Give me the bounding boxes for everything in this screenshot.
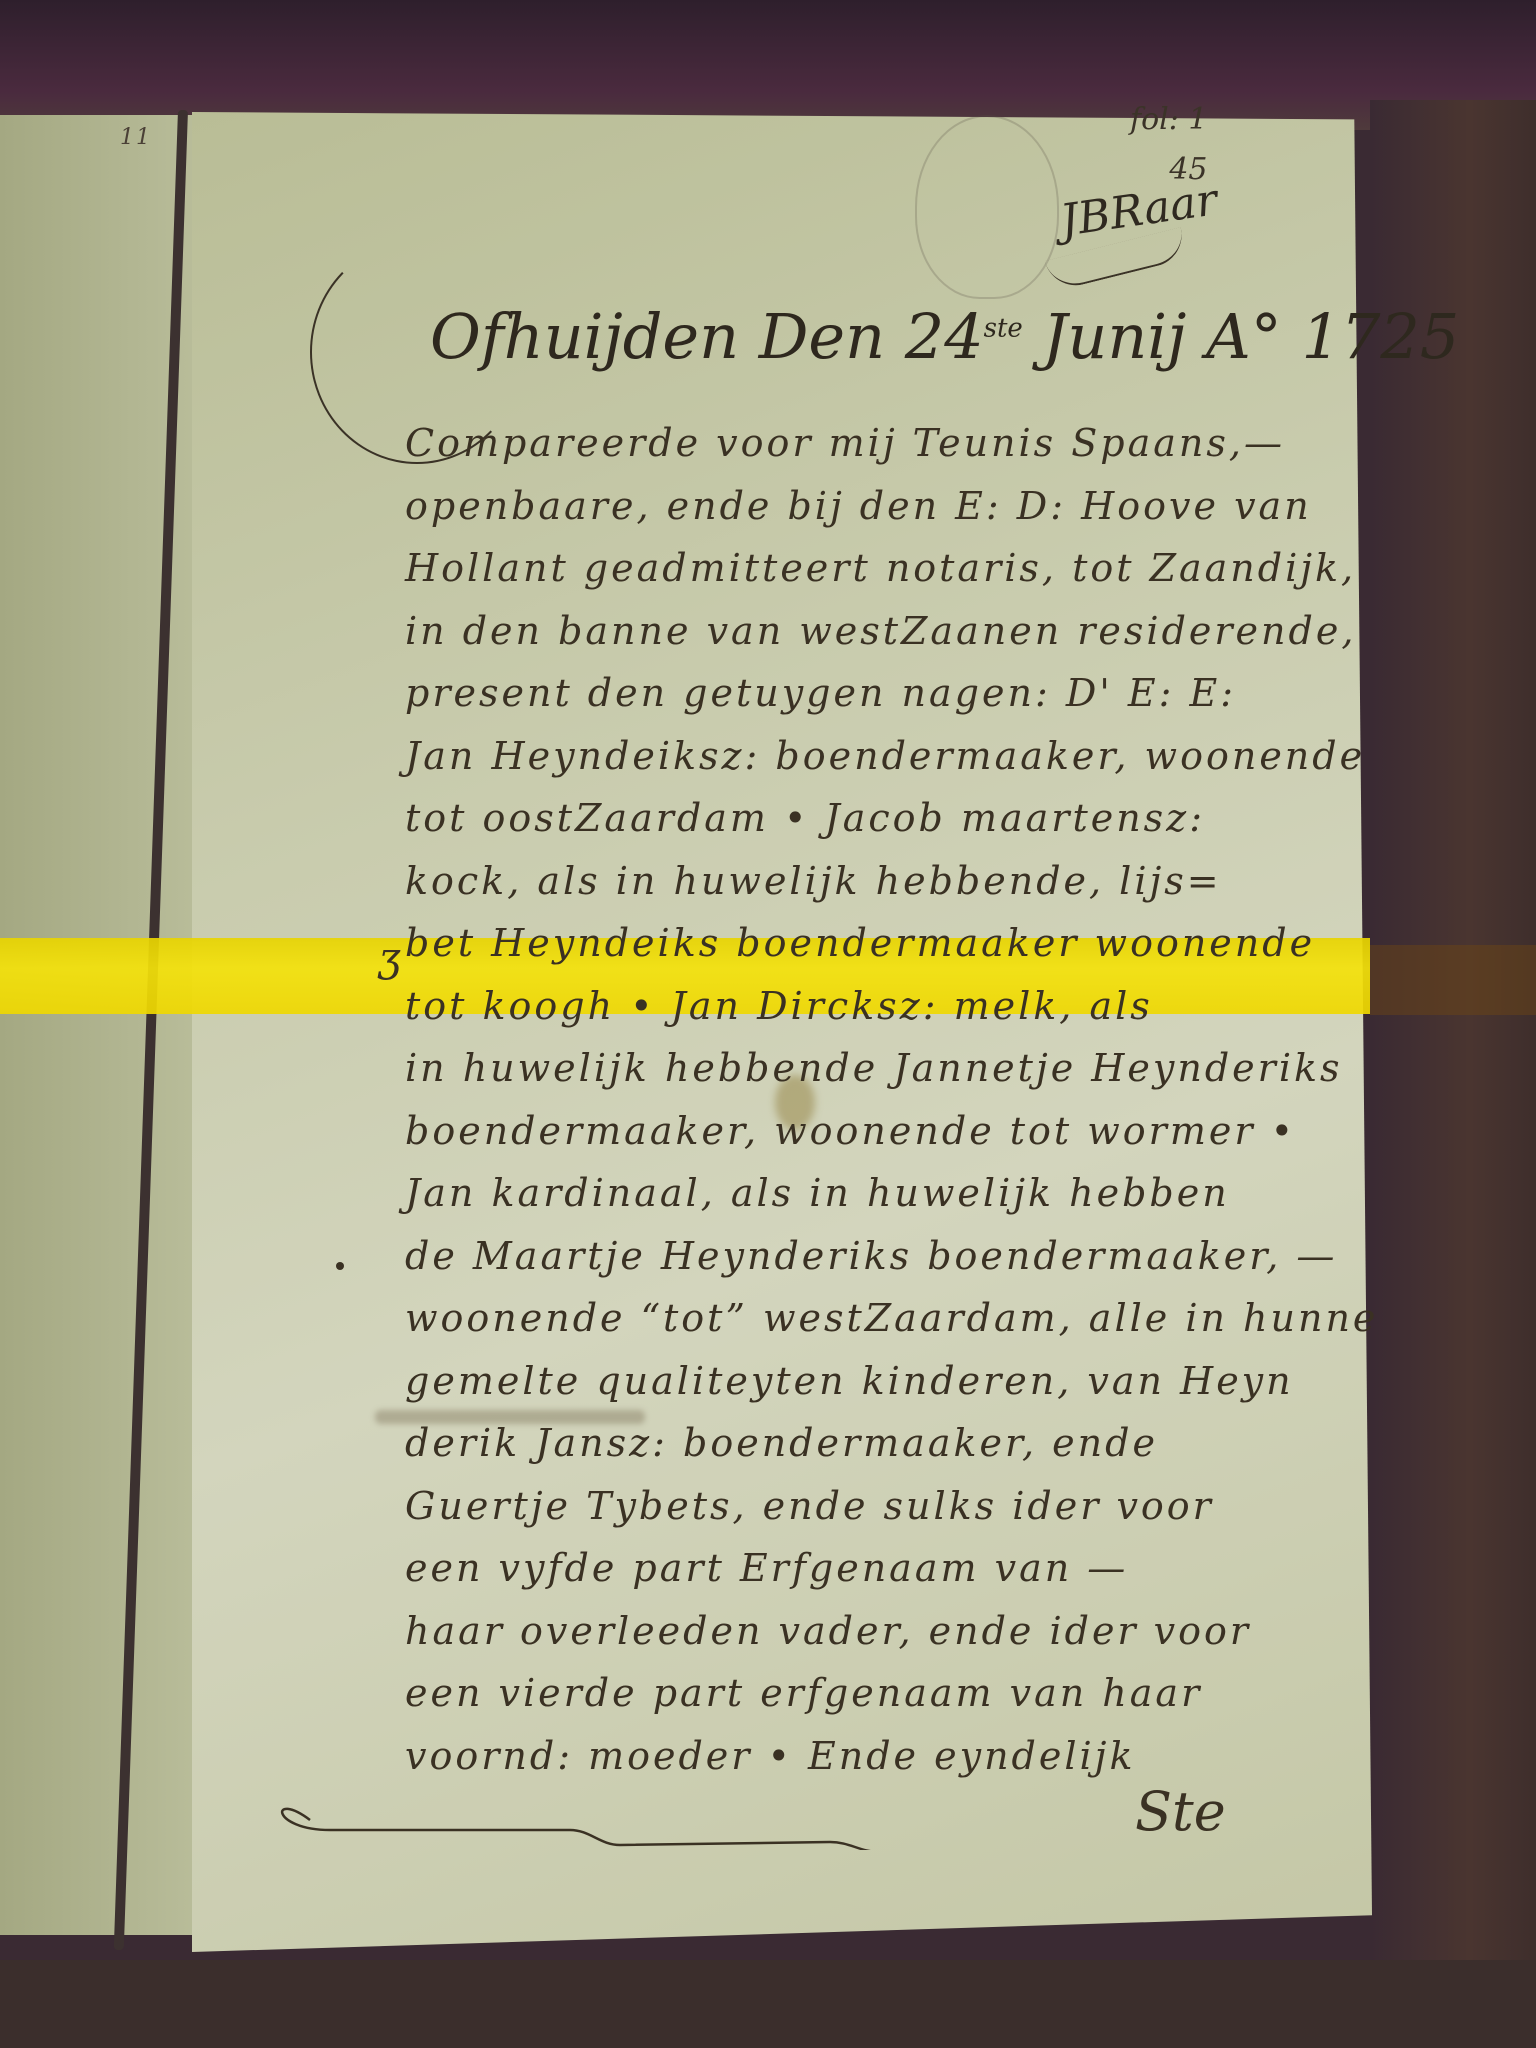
deed-line: in den banne van westZaanen residerende, — [405, 600, 1335, 663]
deed-line: tot koogh • Jan Dircksz: melk, als — [405, 975, 1335, 1038]
deed-heading: Ofhuijden Den 24ste Junij A° 1725 — [430, 300, 1459, 373]
deed-line: kock, als in huwelijk hebbende, lijs= — [405, 850, 1335, 913]
folio-note-line1: fol: 1 — [1130, 95, 1208, 145]
deed-line: tot oostZaardam • Jacob maartensz: — [405, 787, 1335, 850]
deed-line: woonende “tot” westZaardam, alle in hunn… — [405, 1287, 1335, 1350]
deed-line: derik Jansz: boendermaaker, ende — [405, 1412, 1335, 1475]
margin-mark: ʒ — [378, 935, 401, 981]
background-bottom — [0, 1960, 1536, 2048]
deed-line: Hollant geadmitteert notaris, tot Zaandi… — [405, 537, 1335, 600]
deed-line: Compareerde voor mij Teunis Spaans,— — [405, 412, 1335, 475]
closing-flourish — [270, 1790, 1270, 1850]
heading-date: Junij A° 1725 — [1023, 300, 1459, 373]
margin-bullet — [336, 1262, 344, 1270]
deed-line: openbaare, ende bij den E: D: Hoove van — [405, 475, 1335, 538]
deed-line: Jan kardinaal, als in huwelijk hebben — [405, 1162, 1335, 1225]
deed-line: haar overleeden vader, ende ider voor — [405, 1600, 1335, 1663]
deed-line: een vyfde part Erfgenaam van — — [405, 1537, 1335, 1600]
faded-stamp — [915, 115, 1059, 299]
notary-mark: Ste — [1135, 1780, 1226, 1843]
highlight-strip-shadow — [1370, 945, 1536, 1015]
deed-line: gemelte qualiteyten kinderen, van Heyn — [405, 1350, 1335, 1413]
deed-line: boendermaaker, woonende tot wormer • — [405, 1100, 1335, 1163]
left-page-folio-number: 11 — [120, 125, 152, 150]
heading-superscript: ste — [984, 313, 1023, 343]
deed-line: present den getuygen nagen: D' E: E: — [405, 662, 1335, 725]
deed-line: Guertje Tybets, ende sulks ider voor — [405, 1475, 1335, 1538]
deed-line: in huwelijk hebbende Jannetje Heynderiks — [405, 1037, 1335, 1100]
deed-line: de Maartje Heynderiks boendermaaker, — — [405, 1225, 1335, 1288]
deed-text-body: Compareerde voor mij Teunis Spaans,—open… — [405, 412, 1335, 1787]
deed-line: voornd: moeder • Ende eyndelijk — [405, 1725, 1335, 1788]
deed-line: Jan Heyndeiksz: boendermaaker, woonende — [405, 725, 1335, 788]
deed-line: bet Heyndeiks boendermaaker woonende — [405, 912, 1335, 975]
background-right — [1370, 100, 1536, 2048]
background-top — [0, 0, 1536, 130]
deed-line: een vierde part erfgenaam van haar — [405, 1662, 1335, 1725]
